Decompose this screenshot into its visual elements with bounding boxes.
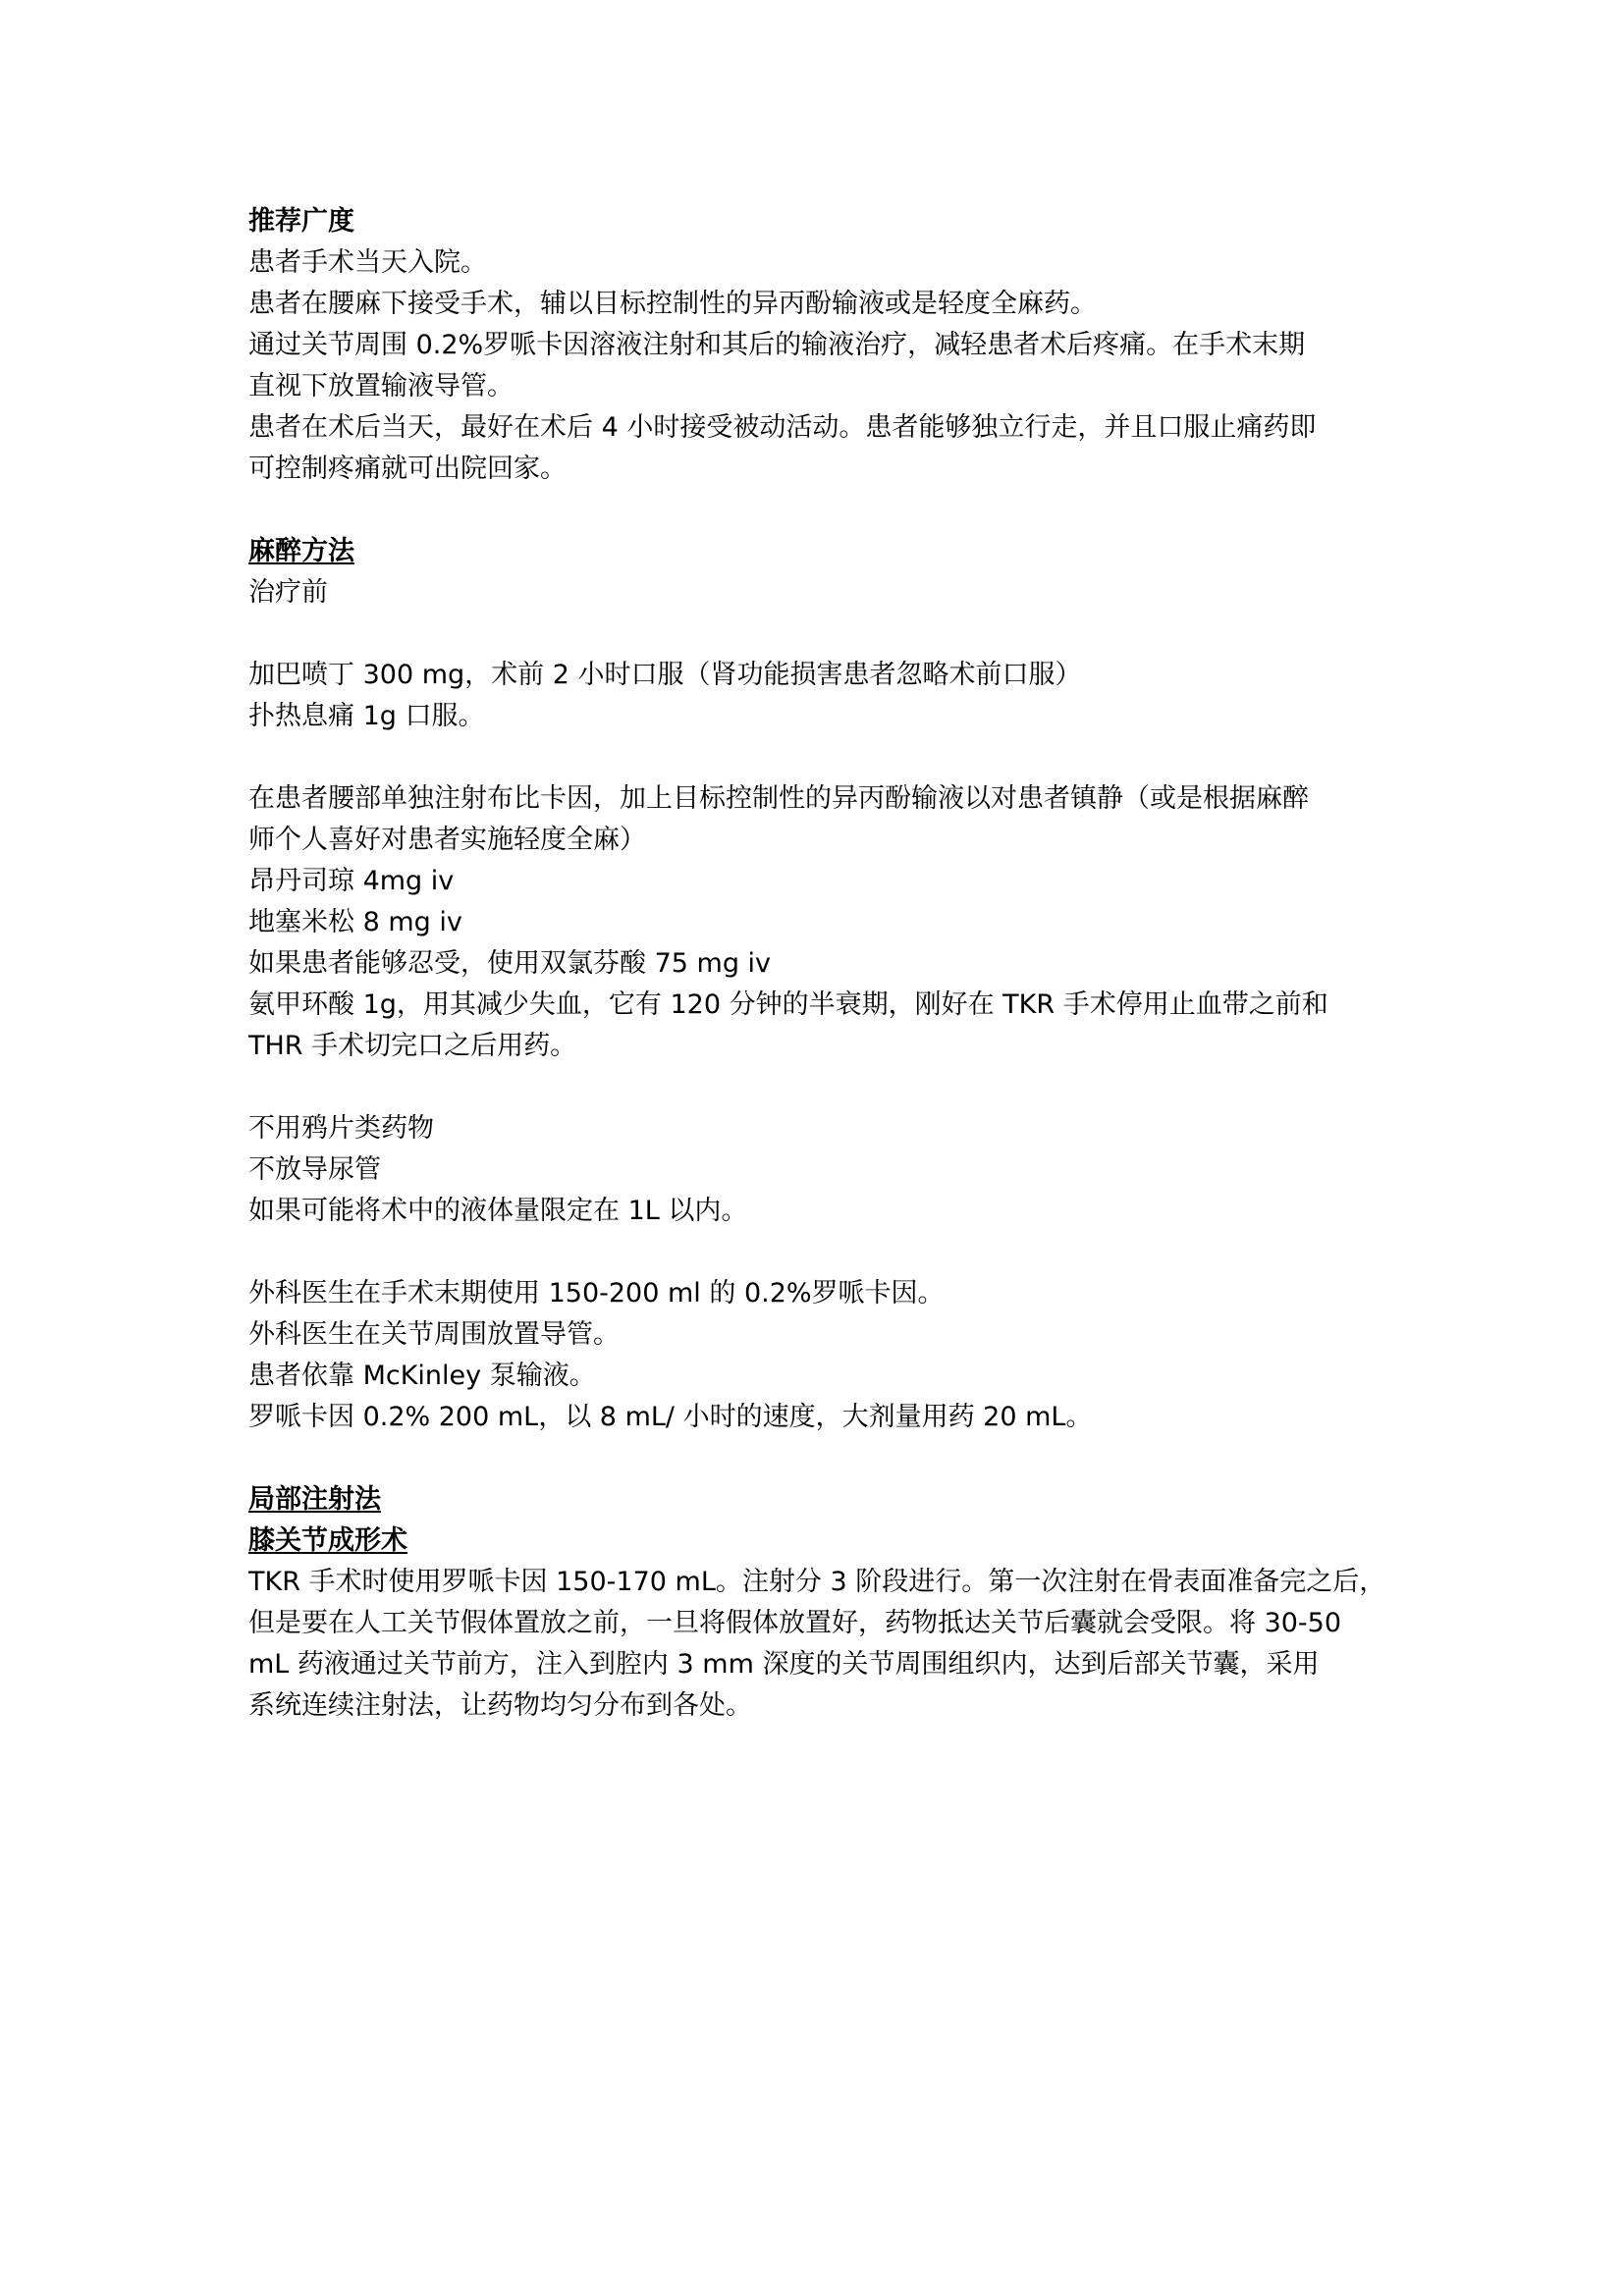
premed-line: 扑热息痛 1g 口服。 — [248, 696, 1378, 737]
paragraph-line: 可控制疼痛就可出院回家。 — [248, 449, 1378, 490]
intraop-line: THR 手术切完口之后用药。 — [248, 1026, 1378, 1067]
surgeon-line: 患者依靠 McKinley 泵输液。 — [248, 1356, 1378, 1397]
intraop-line: 地塞米松 8 mg iv — [248, 902, 1378, 943]
avoid-line: 不用鸦片类药物 — [248, 1108, 1378, 1149]
paragraph-line: 患者在腰麻下接受手术，辅以目标控制性的异丙酚输液或是轻度全麻药。 — [248, 284, 1378, 325]
spacer — [248, 737, 1378, 778]
premed-line: 加巴喷丁 300 mg，术前 2 小时口服（肾功能损害患者忽略术前口服） — [248, 655, 1378, 696]
paragraph-line: 患者手术当天入院。 — [248, 242, 1378, 284]
surgeon-line: 外科医生在手术末期使用 150-200 ml 的 0.2%罗哌卡因。 — [248, 1273, 1378, 1314]
avoid-line: 不放导尿管 — [248, 1149, 1378, 1191]
surgeon-line: 罗哌卡因 0.2% 200 mL，以 8 mL/ 小时的速度，大剂量用药 20 … — [248, 1397, 1378, 1438]
spacer — [248, 490, 1378, 531]
intraop-line: 氨甲环酸 1g，用其减少失血，它有 120 分钟的半衰期，刚好在 TKR 手术停… — [248, 985, 1378, 1026]
spacer — [248, 1438, 1378, 1479]
surgeon-line: 外科医生在关节周围放置导管。 — [248, 1314, 1378, 1356]
pre-treatment-label: 治疗前 — [248, 572, 1378, 614]
spacer — [248, 1067, 1378, 1108]
intraop-line: 师个人喜好对患者实施轻度全麻） — [248, 820, 1378, 861]
subheading-knee-arthroplasty: 膝关节成形术 — [248, 1521, 1378, 1562]
heading-anesthesia: 麻醉方法 — [248, 531, 1378, 572]
paragraph-line: 通过关节周围 0.2%罗哌卡因溶液注射和其后的输液治疗，减轻患者术后疼痛。在手术… — [248, 325, 1378, 366]
paragraph-line: TKR 手术时使用罗哌卡因 150-170 mL。注射分 3 阶段进行。第一次注… — [248, 1562, 1378, 1603]
paragraph-line: mL 药液通过关节前方，注入到腔内 3 mm 深度的关节周围组织内，达到后部关节… — [248, 1644, 1378, 1685]
document-page: 推荐广度 患者手术当天入院。 患者在腰麻下接受手术，辅以目标控制性的异丙酚输液或… — [248, 201, 1378, 1727]
intraop-line: 昂丹司琼 4mg iv — [248, 861, 1378, 902]
spacer — [248, 1232, 1378, 1273]
heading-recommended: 推荐广度 — [248, 201, 1378, 242]
intraop-line: 如果患者能够忍受，使用双氯芬酸 75 mg iv — [248, 943, 1378, 985]
paragraph-line: 系统连续注射法，让药物均匀分布到各处。 — [248, 1685, 1378, 1727]
avoid-line: 如果可能将术中的液体量限定在 1L 以内。 — [248, 1191, 1378, 1232]
spacer — [248, 614, 1378, 655]
heading-local-injection: 局部注射法 — [248, 1479, 1378, 1521]
intraop-line: 在患者腰部单独注射布比卡因，加上目标控制性的异丙酚输液以对患者镇静（或是根据麻醉 — [248, 778, 1378, 820]
paragraph-line: 患者在术后当天，最好在术后 4 小时接受被动活动。患者能够独立行走，并且口服止痛… — [248, 407, 1378, 449]
paragraph-line: 但是要在人工关节假体置放之前，一旦将假体放置好，药物抵达关节后囊就会受限。将 3… — [248, 1603, 1378, 1644]
paragraph-line: 直视下放置输液导管。 — [248, 366, 1378, 407]
